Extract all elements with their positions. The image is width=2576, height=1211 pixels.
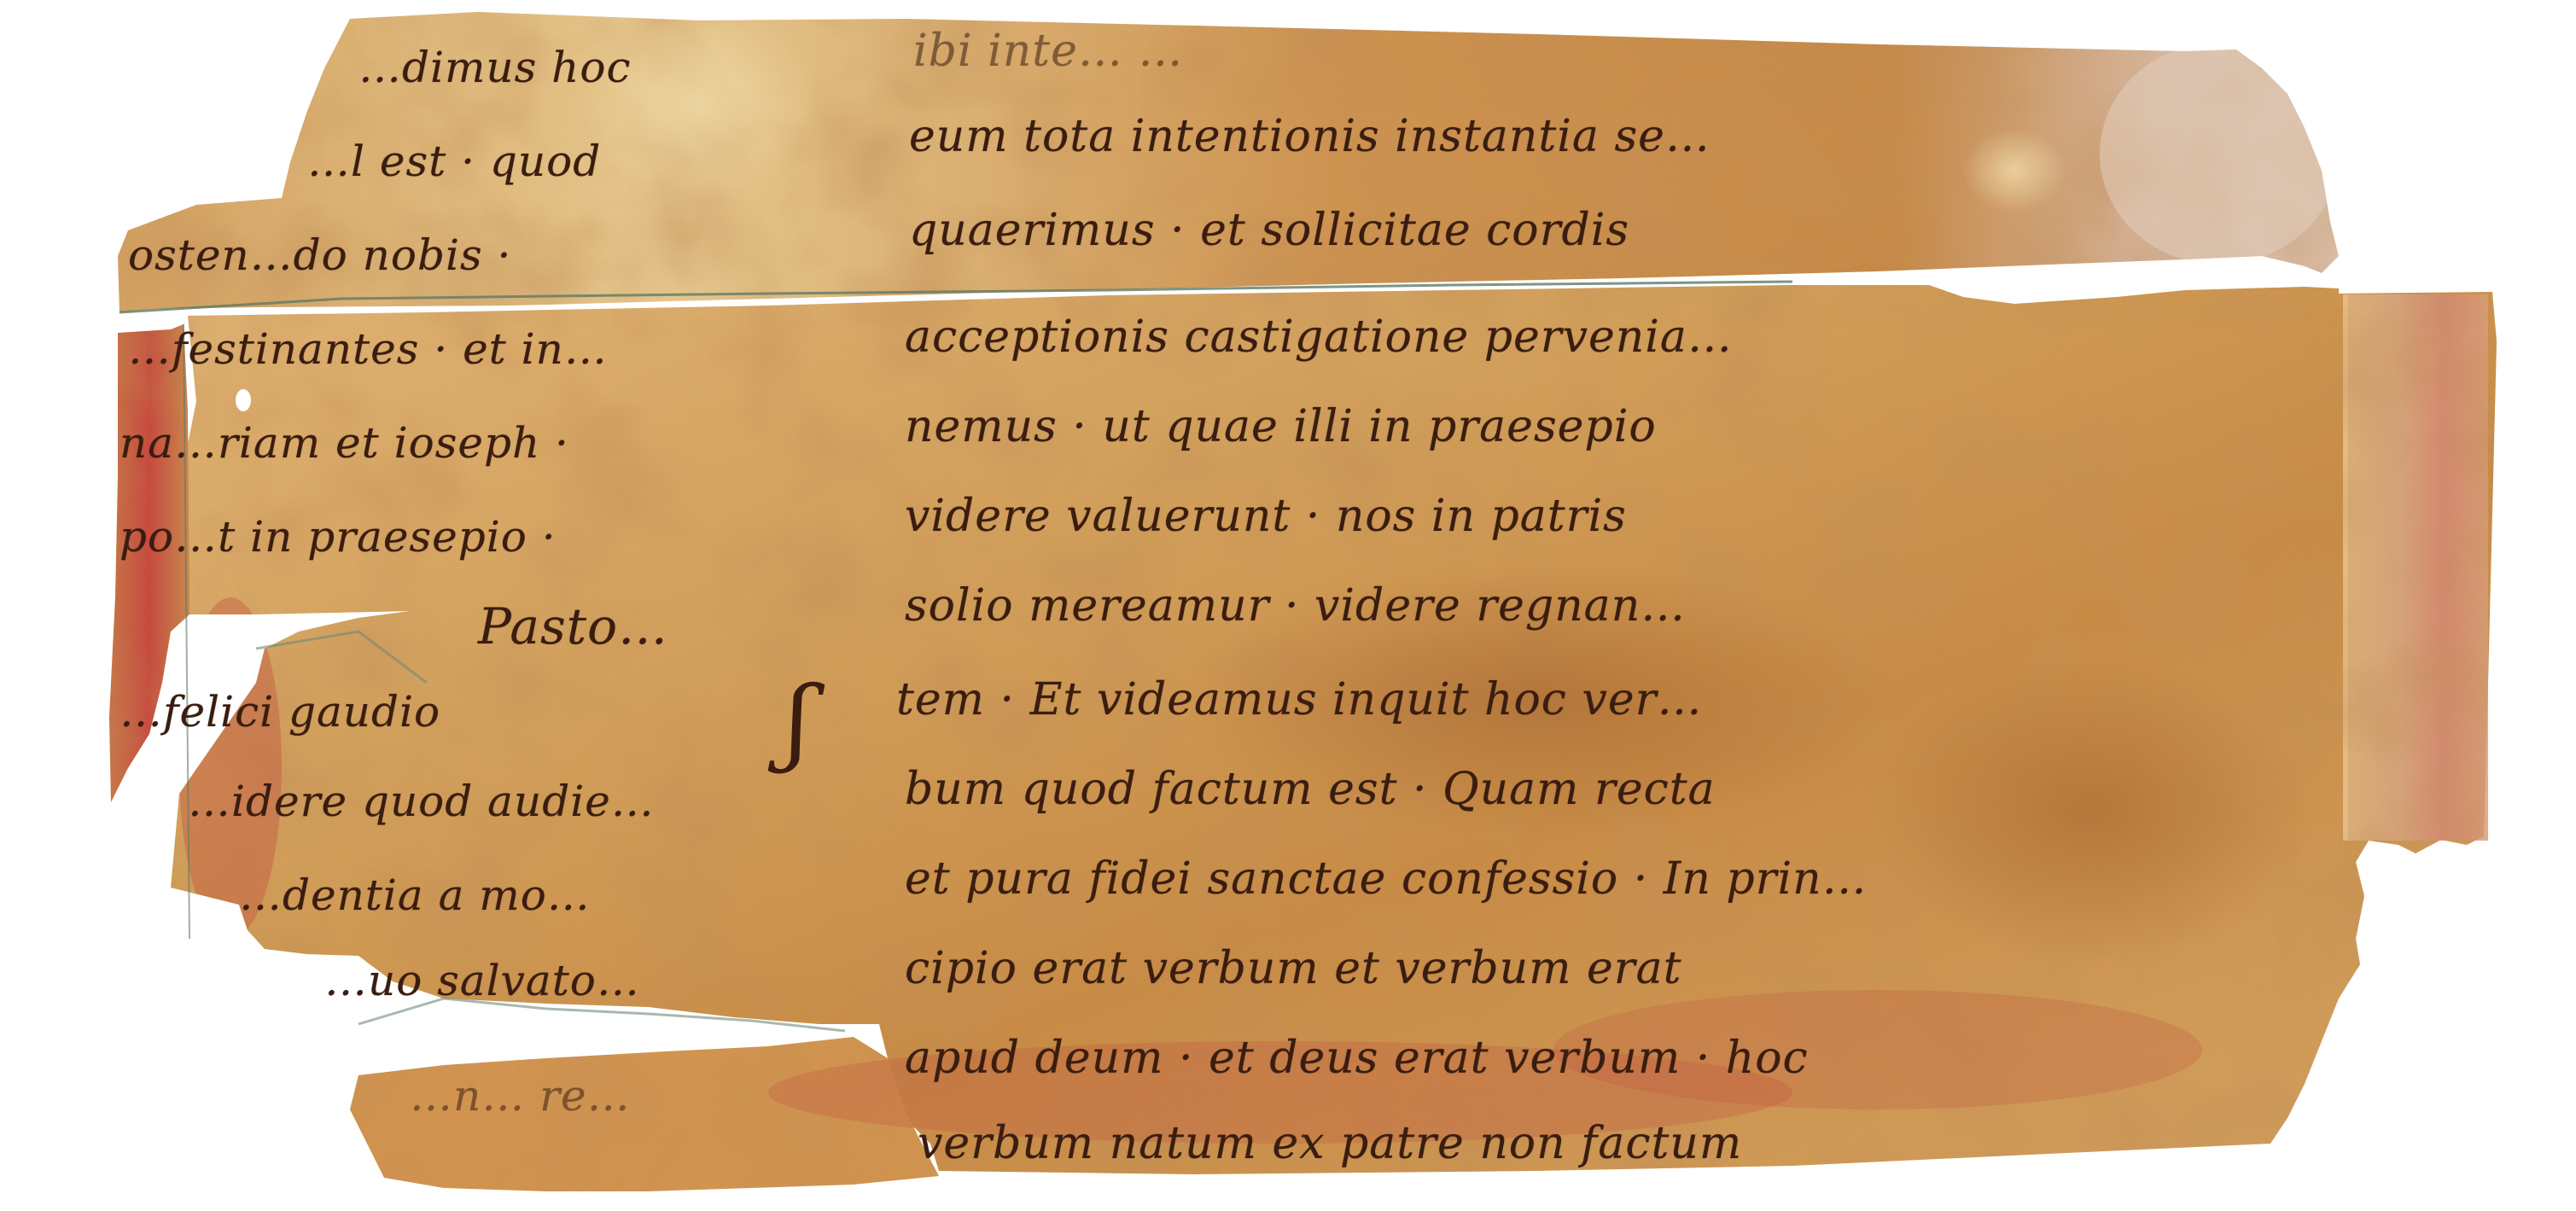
left-line-12: …n… re… bbox=[410, 1071, 631, 1121]
manuscript-photo: …dimus hoc …l est · quod osten…do nobis … bbox=[0, 0, 2576, 1211]
right-line-13: verbum natum ex patre non factum bbox=[918, 1118, 1742, 1169]
left-line-2: …l est · quod bbox=[307, 137, 601, 186]
right-line-2: eum tota intentionis instantia se… bbox=[909, 111, 1711, 162]
left-line-8: …felici gaudio bbox=[119, 687, 440, 736]
right-line-3: quaerimus · et sollicitae cordis bbox=[909, 205, 1629, 256]
left-line-7: Pasto… bbox=[478, 597, 668, 655]
left-line-5: na…riam et ioseph · bbox=[119, 418, 569, 468]
right-line-9: bum quod factum est · Quam recta bbox=[905, 764, 1716, 815]
right-line-10: et pura fidei sanctae confessio · In pri… bbox=[905, 853, 1868, 905]
right-line-8: tem · Et videamus inquit hoc ver… bbox=[896, 674, 1702, 725]
right-line-12: apud deum · et deus erat verbum · hoc bbox=[905, 1033, 1809, 1084]
marginal-mark: ʃ bbox=[785, 666, 811, 775]
right-line-11: cipio erat verbum et verbum erat bbox=[905, 943, 1682, 994]
punch-hole bbox=[236, 389, 251, 411]
left-line-10: …dentia a mo… bbox=[239, 870, 591, 920]
right-line-1: ibi inte… … bbox=[913, 26, 1183, 77]
left-line-1: …dimus hoc bbox=[358, 43, 631, 92]
left-line-11: …uo salvato… bbox=[324, 956, 640, 1005]
right-line-6: videre valuerunt · nos in patris bbox=[905, 491, 1627, 542]
left-line-4: …festinantes · et in… bbox=[128, 324, 608, 374]
right-line-4: acceptionis castigatione pervenia… bbox=[905, 311, 1733, 363]
left-line-9: …idere quod audie… bbox=[188, 777, 655, 826]
right-line-5: nemus · ut quae illi in praesepio bbox=[905, 401, 1657, 452]
right-line-7: solio mereamur · videre regnan… bbox=[905, 580, 1686, 632]
left-line-6: po…t in praesepio · bbox=[119, 512, 557, 562]
left-line-3: osten…do nobis · bbox=[128, 230, 511, 280]
